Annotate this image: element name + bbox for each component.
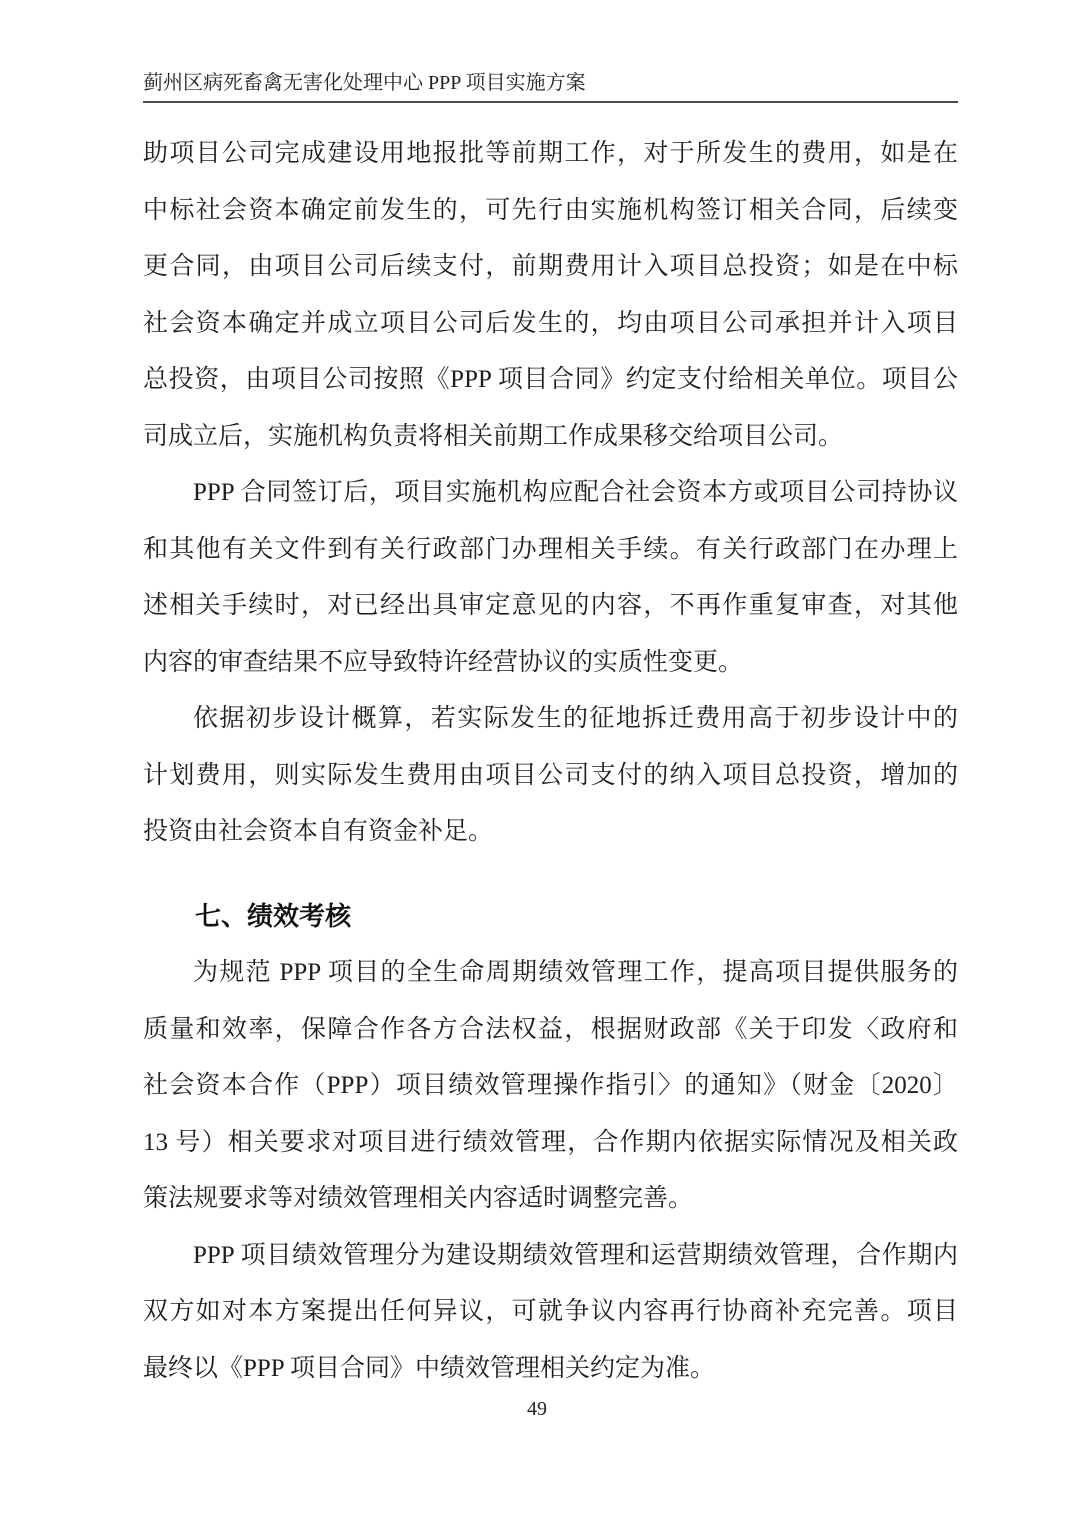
paragraph: PPP 项目绩效管理分为建设期绩效管理和运营期绩效管理，合作期内 双方如对本方案… <box>143 1228 958 1398</box>
body-line: 社会资本确定并成立项目公司后发生的，均由项目公司承担并计入项目 <box>143 296 958 353</box>
body-line: 计划费用，则实际发生费用由项目公司支付的纳入项目总投资，增加的 <box>143 748 958 805</box>
body-line: 更合同，由项目公司后续支付，前期费用计入项目总投资；如是在中标 <box>143 239 958 296</box>
document-page: 蓟州区病死畜禽无害化处理中心 PPP 项目实施方案 助项目公司完成建设用地报批等… <box>0 0 1074 1520</box>
body-line: 助项目公司完成建设用地报批等前期工作，对于所发生的费用，如是在 <box>143 126 958 183</box>
body-line: 述相关手续时，对已经出具审定意见的内容，不再作重复审查，对其他 <box>143 578 958 635</box>
page-footer: 49 <box>0 1398 1074 1421</box>
header-title: 蓟州区病死畜禽无害化处理中心 PPP 项目实施方案 <box>143 72 586 94</box>
page-header: 蓟州区病死畜禽无害化处理中心 PPP 项目实施方案 <box>143 70 958 103</box>
document-body: 助项目公司完成建设用地报批等前期工作，对于所发生的费用，如是在 中标社会资本确定… <box>143 126 958 1397</box>
body-line: 为规范 PPP 项目的全生命周期绩效管理工作，提高项目提供服务的 <box>143 945 958 1002</box>
body-line: 依据初步设计概算，若实际发生的征地拆迁费用高于初步设计中的 <box>143 691 958 748</box>
body-line: 司成立后，实施机构负责将相关前期工作成果移交给项目公司。 <box>143 409 958 466</box>
body-line: 和其他有关文件到有关行政部门办理相关手续。有关行政部门在办理上 <box>143 522 958 579</box>
body-line: 13 号）相关要求对项目进行绩效管理，合作期内依据实际情况及相关政 <box>143 1115 958 1172</box>
body-line: PPP 合同签订后，项目实施机构应配合社会资本方或项目公司持协议 <box>143 465 958 522</box>
body-line: 策法规要求等对绩效管理相关内容适时调整完善。 <box>143 1171 958 1228</box>
body-line: 投资由社会资本自有资金补足。 <box>143 804 958 861</box>
body-line: 双方如对本方案提出任何异议，可就争议内容再行协商补充完善。项目 <box>143 1284 958 1341</box>
paragraph: 为规范 PPP 项目的全生命周期绩效管理工作，提高项目提供服务的 质量和效率，保… <box>143 945 958 1228</box>
body-line: 最终以《PPP 项目合同》中绩效管理相关约定为准。 <box>143 1341 958 1398</box>
body-line: 质量和效率，保障合作各方合法权益，根据财政部《关于印发〈政府和 <box>143 1002 958 1059</box>
paragraph: PPP 合同签订后，项目实施机构应配合社会资本方或项目公司持协议 和其他有关文件… <box>143 465 958 691</box>
page-number: 49 <box>527 1398 547 1420</box>
body-line: 社会资本合作（PPP）项目绩效管理操作指引〉的通知》（财金〔2020〕 <box>143 1058 958 1115</box>
body-line: 总投资，由项目公司按照《PPP 项目合同》约定支付给相关单位。项目公 <box>143 352 958 409</box>
paragraph: 依据初步设计概算，若实际发生的征地拆迁费用高于初步设计中的 计划费用，则实际发生… <box>143 691 958 861</box>
body-line: 内容的审查结果不应导致特许经营协议的实质性变更。 <box>143 635 958 692</box>
paragraph: 助项目公司完成建设用地报批等前期工作，对于所发生的费用，如是在 中标社会资本确定… <box>143 126 958 465</box>
section-heading: 七、绩效考核 <box>143 889 958 946</box>
body-line: 中标社会资本确定前发生的，可先行由实施机构签订相关合同，后续变 <box>143 183 958 240</box>
body-line: PPP 项目绩效管理分为建设期绩效管理和运营期绩效管理，合作期内 <box>143 1228 958 1285</box>
